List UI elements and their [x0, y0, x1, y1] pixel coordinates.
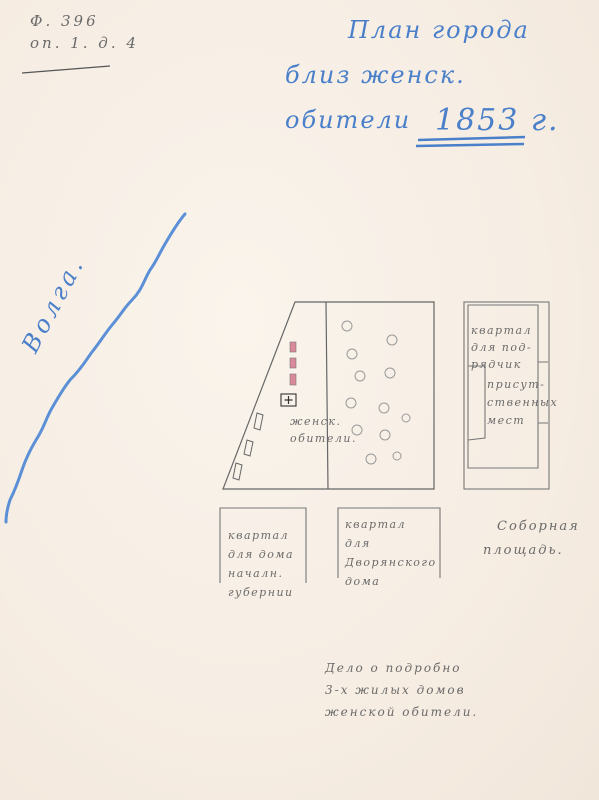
nobility-quarter-label: квартал для Дворянского дома — [345, 515, 437, 591]
cathedral-line-2: площадь. — [483, 539, 580, 563]
offices-line-2: ственных — [487, 394, 558, 412]
governor-line-3: началн. — [228, 564, 294, 583]
volga-river-line — [6, 214, 185, 522]
governor-line-1: квартал — [228, 526, 294, 545]
nobility-line-4: дома — [345, 572, 437, 591]
title-line-2: близ женск. — [285, 63, 466, 87]
title-year: 1853 г. — [435, 106, 560, 136]
archive-reference: Ф. 396 оп. 1. д. 4 — [30, 14, 139, 58]
nobility-line-3: Дворянского — [345, 553, 437, 572]
nobility-line-1: квартал — [345, 515, 437, 534]
case-note: Дело о подробно 3-х жилых домов женской … — [325, 657, 478, 723]
monastery-label: женск. обители. — [290, 416, 357, 444]
archive-opis-delo: оп. 1. д. 4 — [30, 36, 139, 58]
note-line-1: Дело о подробно — [325, 657, 478, 679]
offices-line-1: присут- — [487, 376, 558, 394]
monastery-block — [223, 302, 434, 489]
note-line-2: 3-х жилых домов — [325, 679, 478, 701]
merchants-line-2: для под- — [471, 339, 532, 356]
note-line-3: женской обители. — [325, 701, 478, 723]
church-cross-icon — [281, 394, 296, 406]
merchants-quarter-label: квартал для под- рядчик — [471, 322, 532, 373]
nobility-line-2: для — [345, 534, 437, 553]
cathedral-line-1: Соборная — [497, 515, 580, 539]
governor-quarter-label: квартал для дома началн. губернии — [228, 526, 294, 602]
title-line-3: обители — [285, 108, 411, 132]
red-buildings — [290, 342, 296, 385]
year-double-underline — [416, 137, 525, 146]
governor-line-2: для дома — [228, 545, 294, 564]
title-line-1: План города — [348, 18, 530, 42]
monastery-label-line-1: женск. — [290, 416, 357, 427]
archive-ref-underline — [22, 66, 110, 73]
offices-line-3: мест — [487, 412, 558, 430]
merchants-line-3: рядчик — [471, 356, 532, 373]
governor-line-4: губернии — [228, 583, 294, 602]
merchants-line-1: квартал — [471, 322, 532, 339]
monastery-label-line-2: обители. — [290, 433, 357, 444]
government-offices-label: присут- ственных мест — [487, 376, 558, 430]
cathedral-square-label: Соборная площадь. — [497, 515, 580, 563]
archive-fond: Ф. 396 — [30, 14, 139, 36]
